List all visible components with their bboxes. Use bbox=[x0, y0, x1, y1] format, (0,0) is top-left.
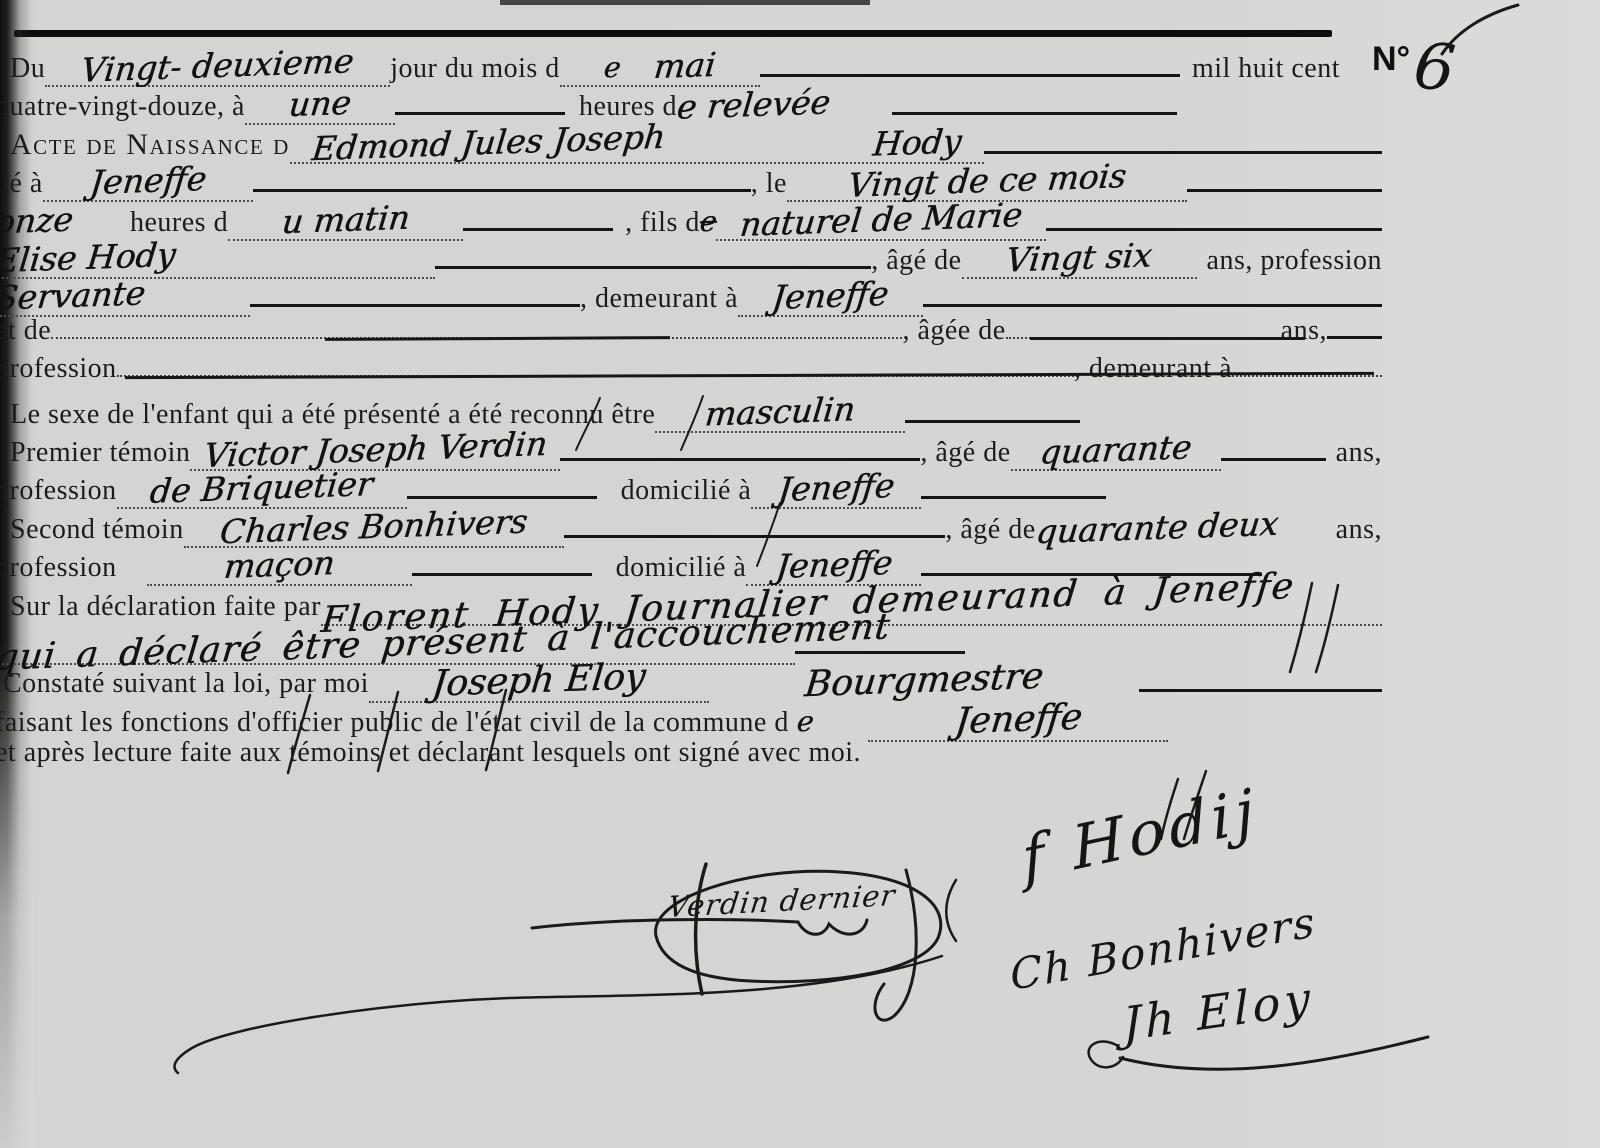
field-day: Vingt- deuxieme bbox=[45, 46, 390, 87]
printed-sur-la-declaration: Sur la déclaration faite par bbox=[10, 591, 321, 623]
printed-second-temoin: Second témoin bbox=[10, 514, 184, 546]
printed-jour-du-mois: jour du mois d bbox=[390, 53, 560, 85]
printed-profession: profession bbox=[0, 552, 117, 584]
form-line-declaration2: qui a déclaré être présent à l'accouchem… bbox=[0, 622, 1382, 660]
printed-et-de: et de bbox=[0, 315, 51, 347]
ruled-line bbox=[984, 147, 1382, 154]
handwritten-relevee: e relevée bbox=[675, 81, 894, 128]
printed-age-de: , âgé de bbox=[871, 245, 961, 277]
ruled-line bbox=[395, 108, 565, 115]
field-child-name: Edmond Jules JosephHody bbox=[290, 123, 984, 164]
handwritten-struck-e: e bbox=[698, 204, 718, 238]
ruled-line bbox=[760, 70, 1180, 77]
handwritten-witness2-name: Charles Bonhivers bbox=[218, 501, 529, 551]
form-line-witness1: Premier témoin Victor Joseph Verdin , âg… bbox=[10, 430, 1382, 468]
printed-constate: Constaté suivant la loi, par moi bbox=[3, 668, 369, 700]
signature-paren-stroke bbox=[946, 880, 956, 941]
form-line-year-hour: quatre-vingt-douze, à une heures d e rel… bbox=[0, 84, 1382, 122]
printed-age-de: , âgé de bbox=[920, 437, 1010, 469]
form-line-lecture: et après lecture faite aux témoins et dé… bbox=[0, 737, 1382, 775]
form-sheet: Du Vingt- deuxieme jour du mois d emai m… bbox=[10, 46, 1382, 775]
ruled-line bbox=[1139, 685, 1382, 692]
handwritten-sex: masculin bbox=[703, 389, 857, 433]
ruled-line bbox=[253, 185, 751, 192]
handwritten-filiation: naturel de Marie bbox=[738, 195, 1024, 244]
act-number-value: 6 bbox=[1411, 38, 1458, 100]
ruled-line bbox=[892, 108, 1177, 115]
field-declaration-text: qui a déclaré être présent à l'accouchem… bbox=[0, 622, 795, 665]
printed-heures-d: heures d bbox=[130, 207, 228, 239]
ruled-line bbox=[560, 454, 920, 461]
printed-profession: profession bbox=[0, 353, 117, 385]
form-line-birthhour: onze heures d u matin , fils d e naturel… bbox=[0, 200, 1382, 238]
handwritten-witness1-profession: de Briquetier bbox=[148, 464, 375, 511]
printed-demeurant-a: , demeurant à bbox=[580, 283, 738, 315]
printed-agee-de: , âgée de bbox=[902, 315, 1005, 347]
scan-edge-fragment bbox=[500, 0, 870, 5]
printed-lecture: et après lecture faite aux témoins et dé… bbox=[0, 737, 861, 769]
handwritten-e: e bbox=[602, 51, 622, 85]
printed-ans-profession: ans, profession bbox=[1207, 245, 1382, 277]
handwritten-witness2-profession: maçon bbox=[222, 543, 337, 586]
printed-sexe: Le sexe de l'enfant qui a été présenté a… bbox=[10, 399, 655, 431]
ruled-line bbox=[921, 492, 1106, 499]
ruled-line bbox=[923, 300, 1382, 307]
printed-faisant-fonctions: faisant les fonctions d'officier public … bbox=[0, 707, 789, 739]
officer-signature-swash bbox=[1089, 1041, 1123, 1067]
field-witness1-profession: de Briquetier bbox=[117, 468, 407, 509]
field-mother-age: Vingt six bbox=[962, 238, 1197, 279]
ruled-line bbox=[435, 262, 871, 269]
form-line-acte: Acte de Naissance d Edmond Jules JosephH… bbox=[10, 123, 1382, 161]
handwritten-commune: Jeneffe bbox=[953, 696, 1084, 742]
ruled-line bbox=[407, 492, 597, 499]
ruled-line bbox=[905, 416, 1080, 423]
handwritten-mother-residence: Jeneffe bbox=[770, 274, 890, 317]
form-line-date: Du Vingt- deuxieme jour du mois d emai m… bbox=[10, 46, 1382, 84]
form-line-father-blank: et de , âgée de ans, bbox=[0, 315, 1382, 353]
printed-mil-huit-cent: mil huit cent bbox=[1192, 53, 1340, 85]
printed-ne-a: né à bbox=[0, 168, 43, 200]
ruled-line bbox=[564, 531, 946, 538]
handwritten-mother-name: Elise Hody bbox=[0, 235, 178, 280]
printed-ans: ans, bbox=[1336, 514, 1382, 546]
printed-premier-temoin: Premier témoin bbox=[10, 437, 190, 469]
printed-profession: profession bbox=[0, 475, 117, 507]
form-line-mother-profession: Servante , demeurant à Jeneffe bbox=[0, 276, 1382, 314]
officer-signature: Jh Eloy bbox=[1122, 970, 1315, 1051]
field-birthplace: Jeneffe bbox=[43, 161, 253, 202]
printed-ans: ans, bbox=[1281, 315, 1327, 347]
form-line-witness2: Second témoin Charles Bonhivers , âgé de… bbox=[10, 507, 1382, 545]
printed-demeurant-a: , demeurant à bbox=[1074, 353, 1232, 385]
handwritten-witness1-residence: Jeneffe bbox=[776, 466, 896, 509]
field-month: emai bbox=[560, 46, 760, 87]
strike-mark bbox=[1030, 337, 1305, 340]
scanned-birth-record: { "colors": { "paper": "#d5d5d3", "ink":… bbox=[0, 0, 1600, 1148]
field-hour: une bbox=[245, 84, 395, 125]
printed-acte-de-naissance: Acte de Naissance d bbox=[10, 128, 290, 162]
field-commune: Jeneffe bbox=[868, 699, 1168, 742]
ruled-line bbox=[1327, 332, 1382, 339]
field-sex: masculin bbox=[655, 392, 905, 433]
form-line-mother: Elise Hody , âgé de Vingt six ans, profe… bbox=[0, 238, 1382, 276]
printed-le: , le bbox=[751, 168, 787, 200]
printed-du: Du bbox=[10, 53, 45, 85]
ruled-line bbox=[250, 300, 580, 307]
handwritten-matin: u matin bbox=[280, 197, 412, 241]
form-line-sex: Le sexe de l'enfant qui a été présenté a… bbox=[10, 392, 1382, 430]
handwritten-mother-age: Vingt six bbox=[1004, 235, 1154, 279]
field-witness1-age: quarante bbox=[1011, 430, 1221, 471]
form-line-father-profession-blank: profession , demeurant à bbox=[0, 353, 1382, 391]
ruled-line bbox=[463, 224, 613, 231]
form-line-birthplace: né à Jeneffe , le Vingt de ce mois bbox=[0, 161, 1382, 199]
ruled-line bbox=[412, 569, 592, 576]
handwritten-birthhour: onze bbox=[0, 197, 132, 241]
field-witness1-name: Victor Joseph Verdin bbox=[190, 430, 560, 471]
declarant-signature: f Hodij bbox=[1019, 775, 1262, 895]
handwritten-witness1-age: quarante bbox=[1038, 427, 1194, 471]
handwritten-day: Vingt- deuxieme bbox=[79, 41, 355, 90]
form-line-officer: Constaté suivant la loi, par moi Joseph … bbox=[3, 660, 1382, 698]
form-line-witness1-profession: profession de Briquetier domicilié à Jen… bbox=[0, 468, 1382, 506]
ruled-line bbox=[1046, 224, 1382, 231]
field-mother-profession: Servante bbox=[0, 276, 250, 317]
field-matin: u matin bbox=[228, 200, 463, 241]
printed-year: quatre-vingt-douze, à bbox=[0, 91, 245, 123]
ruled-line bbox=[1187, 185, 1382, 192]
printed-fils-d: , fils d bbox=[625, 207, 700, 239]
printed-domicilie-a: domicilié à bbox=[621, 475, 752, 507]
printed-domicilie-a: domicilié à bbox=[616, 552, 747, 584]
field-witness2-profession: maçon bbox=[147, 545, 412, 586]
handwritten-birthplace: Jeneffe bbox=[88, 159, 208, 202]
witness1-signature: Verdin dernier bbox=[666, 878, 898, 924]
field-witness2-name: Charles Bonhivers bbox=[184, 507, 564, 548]
field-filiation: naturel de Marie bbox=[716, 200, 1046, 241]
ruled-line bbox=[1221, 454, 1326, 461]
handwritten-e: e bbox=[795, 704, 815, 738]
field-officer-name: Joseph Eloy bbox=[369, 660, 709, 703]
handwritten-witness2-age: quarante deux bbox=[1034, 501, 1338, 551]
handwritten-month: mai bbox=[652, 45, 718, 86]
act-number: N° 6 bbox=[1372, 40, 1455, 98]
field-witness1-residence: Jeneffe bbox=[751, 468, 921, 509]
handwritten-mother-profession: Servante bbox=[0, 274, 147, 318]
handwritten-child-surname: Hody bbox=[871, 121, 963, 163]
field-mother-residence: Jeneffe bbox=[738, 276, 923, 317]
header-rule bbox=[14, 30, 1332, 37]
form-line-commune: faisant les fonctions d'officier public … bbox=[0, 699, 1382, 737]
field-mother-name: Elise Hody bbox=[0, 238, 435, 279]
printed-age-de: , âgé de bbox=[945, 514, 1035, 546]
printed-ans: ans, bbox=[1336, 437, 1382, 469]
handwritten-hour: une bbox=[287, 83, 353, 124]
